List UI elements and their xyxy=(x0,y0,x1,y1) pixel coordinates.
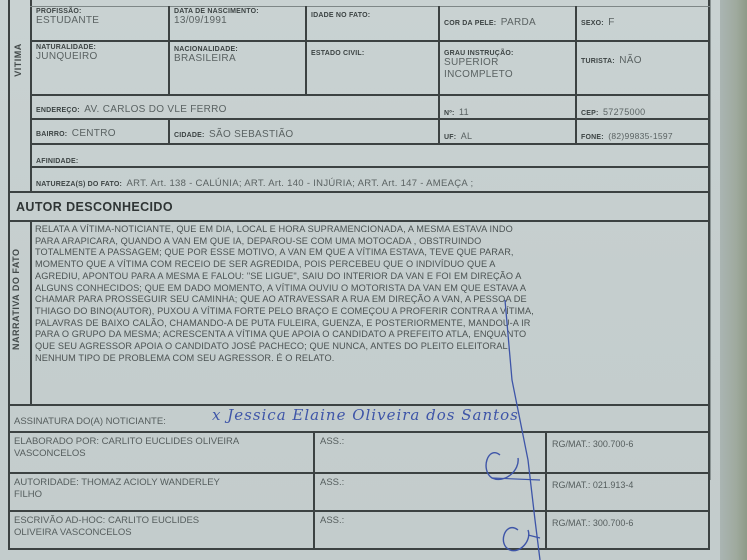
field-endereco: ENDEREÇO: AV. CARLOS DO VLE FERRO xyxy=(32,97,438,118)
official-ass-label: ASS.: xyxy=(320,477,344,488)
row-divider xyxy=(8,548,710,550)
field-value: CENTRO xyxy=(72,128,116,139)
narrative-line: ALGUNS CONHECIDOS; QUE EM DADO MOMENTO, … xyxy=(35,283,705,295)
field-value: 11 xyxy=(459,107,469,117)
row-divider xyxy=(30,118,710,120)
field-label: CIDADE: xyxy=(174,132,205,139)
row-divider xyxy=(8,431,710,433)
row-divider xyxy=(8,191,710,193)
field-label: GRAU INSTRUÇÃO: xyxy=(444,50,571,57)
field-label: FONE: xyxy=(581,134,604,141)
field-label: BAIRRO: xyxy=(36,131,67,138)
field-uf: UF: AL xyxy=(440,124,575,143)
official-signature-field: ASS.: xyxy=(316,434,545,470)
narrative-line: MOMENTO QUE A VÍTIMA COM RECEIO DE SER A… xyxy=(35,259,705,271)
official-rg-value: RG/MAT.: 300.700-6 xyxy=(552,439,633,449)
field-label: NACIONALIDADE: xyxy=(174,46,301,53)
official-name-line1: AUTORIDADE: THOMAZ ACIOLY WANDERLEY xyxy=(14,477,309,489)
official-rg-mat: RG/MAT.: 021.913-4 xyxy=(548,477,708,511)
author-header-title: AUTOR DESCONHECIDO xyxy=(16,200,173,214)
official-name-line2: VASCONCELOS xyxy=(14,448,309,460)
field-value: NÃO xyxy=(619,55,642,66)
official-name-field: ESCRIVÃO AD-HOC: CARLITO EUCLIDES OLIVEI… xyxy=(10,513,313,549)
field-profissao: PROFISSÃO: ESTUDANTE xyxy=(32,6,168,40)
official-name-line1: ELABORADO POR: CARLITO EUCLIDES OLIVEIRA xyxy=(14,436,309,448)
author-header: AUTOR DESCONHECIDO xyxy=(12,196,708,220)
official-name-line2: FILHO xyxy=(14,489,309,501)
row-divider xyxy=(8,220,710,222)
official-ass-label: ASS.: xyxy=(320,436,344,447)
narrative-line: NENHUM TIPO DE PROBLEMA COM SEU AGRESSOR… xyxy=(35,353,705,365)
field-label: DATA DE NASCIMENTO: xyxy=(174,8,301,15)
field-value: AV. CARLOS DO VLE FERRO xyxy=(84,104,227,115)
field-value: JUNQUEIRO xyxy=(36,51,164,63)
row-divider xyxy=(8,472,710,474)
paper-background-edge xyxy=(720,0,747,560)
field-cor-da-pele: COR DA PELE: PARDA xyxy=(440,10,575,40)
field-value: 57275000 xyxy=(603,107,645,117)
field-label: IDADE NO FATO: xyxy=(311,12,434,19)
narrative-line: CHAMAR PARA PROSSEGUIR SEU CAMINHA; QUE … xyxy=(35,294,705,306)
row-divider xyxy=(30,166,710,168)
field-label: CEP: xyxy=(581,110,599,117)
field-nacionalidade: NACIONALIDADE: BRASILEIRA xyxy=(170,44,305,94)
narrative-line: THIAGO DO BINO(AUTOR), PUXOU A VÍTIMA FO… xyxy=(35,306,705,318)
noticiante-handwritten-signature: x Jessica Elaine Oliveira dos Santos xyxy=(212,406,519,424)
official-name-field: ELABORADO POR: CARLITO EUCLIDES OLIVEIRA… xyxy=(10,434,313,470)
field-label: PROFISSÃO: xyxy=(36,8,164,15)
narrative-text: RELATA A VÍTIMA-NOTICIANTE, QUE EM DIA, … xyxy=(32,224,708,404)
narrative-line: PARA ARAPICARA, QUANDO A VAN EM QUE IA, … xyxy=(35,236,705,248)
police-report-page: VITIMA PROFISSÃO: ESTUDANTE DATA DE NASC… xyxy=(0,0,720,560)
victim-section-label: VITIMA xyxy=(13,40,23,80)
field-fone: FONE: (82)99835-1597 xyxy=(577,124,708,143)
narrative-line: PALAVRAS DE BAIXO CALÃO, CHAMANDO-A DE P… xyxy=(35,318,705,330)
noticiante-signature-label: ASSINATURA DO(A) NOTICIANTE: xyxy=(14,416,166,427)
narrative-section-label: NARRATIVA DO FATO xyxy=(11,260,21,350)
official-signature-field: ASS.: xyxy=(316,475,545,511)
field-label: ENDEREÇO: xyxy=(36,107,80,114)
field-label: COR DA PELE: xyxy=(444,20,496,27)
field-value: INCOMPLETO xyxy=(444,69,571,81)
field-value: (82)99835-1597 xyxy=(608,131,673,141)
field-label: AFINIDADE: xyxy=(36,158,78,165)
field-value: SUPERIOR xyxy=(444,57,571,69)
field-sexo: SEXO: F xyxy=(577,10,708,40)
narrative-line: PARA O GRUPO DA MESMA; ACRESCENTA A VÍTI… xyxy=(35,329,705,341)
field-value: SÃO SEBASTIÃO xyxy=(209,129,293,140)
field-label: SEXO: xyxy=(581,20,604,27)
row-divider xyxy=(30,94,710,96)
official-rg-value: RG/MAT.: 300.700-6 xyxy=(552,518,633,528)
narrative-line: AGREDIU, APONTOU PARA A MESMA E FALOU: "… xyxy=(35,271,705,283)
field-value: ESTUDANTE xyxy=(36,15,164,27)
field-afinidade: AFINIDADE: xyxy=(32,148,708,166)
official-ass-label: ASS.: xyxy=(320,515,344,526)
field-label: NATUREZA(S) DO FATO: xyxy=(36,181,122,188)
field-label: TURISTA: xyxy=(581,58,615,65)
frame-left-lower xyxy=(8,404,10,549)
col-divider xyxy=(313,431,315,549)
official-rg-mat: RG/MAT.: 300.700-6 xyxy=(548,436,708,470)
official-name-field: AUTORIDADE: THOMAZ ACIOLY WANDERLEY FILH… xyxy=(10,475,313,511)
row-divider xyxy=(30,143,710,145)
field-cidade: CIDADE: SÃO SEBASTIÃO xyxy=(170,122,438,143)
field-estado-civil: ESTADO CIVIL: xyxy=(307,48,438,94)
field-bairro: BAIRRO: CENTRO xyxy=(32,121,168,143)
official-name-line1: ESCRIVÃO AD-HOC: CARLITO EUCLIDES xyxy=(14,515,309,527)
field-value: F xyxy=(608,17,614,28)
field-grau-instrucao: GRAU INSTRUÇÃO: SUPERIOR INCOMPLETO xyxy=(440,48,575,94)
official-rg-value: RG/MAT.: 021.913-4 xyxy=(552,480,633,490)
field-label: Nº: xyxy=(444,110,455,117)
narrative-line: TOTALMENTE A PASSAGEM; QUE POR ESSE MOTI… xyxy=(35,247,705,259)
row-divider xyxy=(8,510,710,512)
field-data-nascimento: DATA DE NASCIMENTO: 13/09/1991 xyxy=(170,6,305,40)
official-signature-field: ASS.: xyxy=(316,513,545,549)
field-label: ESTADO CIVIL: xyxy=(311,50,434,57)
field-value: BRASILEIRA xyxy=(174,53,301,65)
field-naturalidade: NATURALIDADE: JUNQUEIRO xyxy=(32,42,168,94)
field-turista: TURISTA: NÃO xyxy=(577,48,708,94)
col-divider xyxy=(545,431,547,549)
frame-right xyxy=(708,0,710,550)
field-idade-no-fato: IDADE NO FATO: xyxy=(307,10,438,40)
field-value: ART. Art. 138 - CALÚNIA; ART. Art. 140 -… xyxy=(127,178,474,189)
field-label: UF: xyxy=(444,134,456,141)
field-label: NATURALIDADE: xyxy=(36,44,164,51)
field-value: PARDA xyxy=(501,17,536,28)
narrative-line: QUE SEU AGRESSOR APOIA O CANDIDATO JOSÉ … xyxy=(35,341,705,353)
field-numero: Nº: 11 xyxy=(440,100,575,118)
frame-right-faint xyxy=(710,0,711,480)
official-rg-mat: RG/MAT.: 300.700-6 xyxy=(548,515,708,549)
field-value: 13/09/1991 xyxy=(174,15,301,27)
narrative-line: RELATA A VÍTIMA-NOTICIANTE, QUE EM DIA, … xyxy=(35,224,705,236)
official-name-line2: OLIVEIRA VASCONCELOS xyxy=(14,527,309,539)
field-cep: CEP: 57275000 xyxy=(577,100,708,118)
field-natureza-do-fato: NATUREZA(S) DO FATO: ART. Art. 138 - CAL… xyxy=(32,171,708,191)
field-value: AL xyxy=(461,131,473,141)
